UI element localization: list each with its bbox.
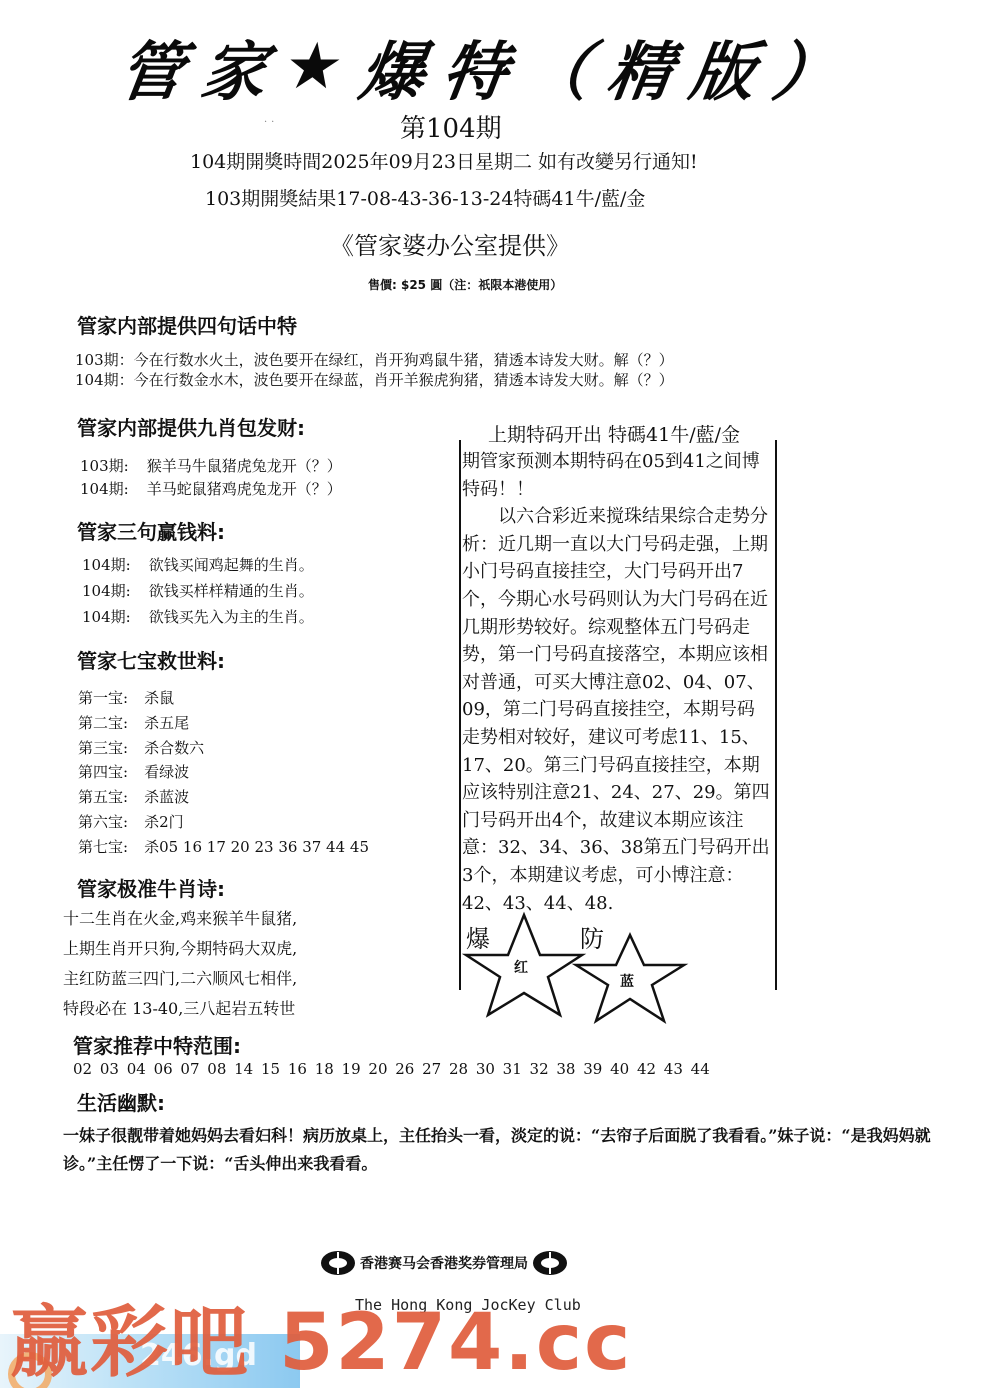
masthead-char: ） (768, 21, 847, 113)
three-lines-list: 104期: 欲钱买闻鸡起舞的生肖。 104期: 欲钱买样样精通的生肖。 104期… (82, 552, 314, 630)
humor-text: 一妹子很靓带着她妈妈去看妇科！病历放桌上，主任抬头一看，淡定的说：“去帘子后面脱… (63, 1122, 943, 1178)
section-title-nine-zodiac: 管家内部提供九肖包发财: (77, 412, 305, 441)
treasure-label: 第六宝: (78, 810, 128, 835)
jockey-emblem-icon (320, 1250, 356, 1276)
period-label: 104期: (82, 604, 131, 630)
period-label: 103期: (80, 455, 129, 478)
range-numbers: 02 03 04 06 07 08 14 15 16 18 19 20 26 2… (73, 1060, 710, 1078)
four-lines-list: 103期：今在行数水火土，波色要开在绿红，肖开狗鸡鼠牛猪，猜透本诗发大财。解（？… (75, 350, 674, 390)
item-text: 欲钱买样样精通的生肖。 (149, 578, 314, 604)
list-item: 104期: 羊马蛇鼠猪鸡虎兔龙开（？） (80, 478, 342, 501)
masthead-char: 特 (437, 21, 516, 113)
treasure-label: 第三宝: (78, 736, 128, 761)
list-item: 104期: 欲钱买先入为主的生肖。 (82, 604, 314, 630)
seven-treasures-list: 第一宝:杀鼠 第二宝:杀五尾 第三宝:杀合数六 第四宝:看绿波 第五宝:杀蓝波 … (78, 686, 369, 860)
treasure-label: 第四宝: (78, 760, 128, 785)
list-item: 103期：今在行数水火土，波色要开在绿红，肖开狗鸡鼠牛猪，猜透本诗发大财。解（？… (75, 350, 674, 370)
price-note: 售價: $25 圓（注：祇限本港使用） (368, 276, 562, 293)
list-item: 104期：今在行数金水木，波色要开在绿蓝，肖开羊猴虎狗猪，猜透本诗发大财。解（？… (75, 370, 674, 390)
section-title-three-lines: 管家三句赢钱料: (77, 516, 225, 545)
treasure-label: 第二宝: (78, 711, 128, 736)
list-item: 第一宝:杀鼠 (78, 686, 369, 711)
jockey-emblem-icon (532, 1250, 568, 1276)
item-text: 杀05 16 17 20 23 36 37 44 45 (144, 835, 369, 860)
analysis-first-line: 上期特码开出 特碼41牛/藍/金 (488, 420, 740, 447)
item-text: 杀2门 (144, 810, 184, 835)
analysis-para-2: 以六合彩近来搅珠结果综合走势分析：近几期一直以大门号码走强，上期小门号码直接挂空… (462, 503, 772, 917)
section-title-four-lines: 管家内部提供四句话中特 (77, 310, 297, 339)
poem-line: 十二生肖在火金,鸡来猴羊牛鼠猪, (63, 904, 297, 934)
analysis-text: 期管家预测本期特码在05到41之间博特码！！ 以六合彩近来搅珠结果综合走势分析：… (462, 448, 772, 917)
period-label: 104期: (82, 578, 131, 604)
masthead-char: 家 (196, 21, 275, 113)
nine-zodiac-list: 103期: 猴羊马牛鼠猪虎兔龙开（？） 104期: 羊马蛇鼠猪鸡虎兔龙开（？） (80, 455, 342, 501)
treasure-label: 第五宝: (78, 785, 128, 810)
section-title-poem: 管家极准牛肖诗: (77, 873, 225, 902)
list-item: 104期: 欲钱买样样精通的生肖。 (82, 578, 314, 604)
jockey-club-logo: 香港赛马会香港奖券管理局 (320, 1250, 568, 1276)
star-icon: ★ (280, 30, 350, 104)
item-text: 欲钱买闻鸡起舞的生肖。 (149, 552, 314, 578)
last-result: 103期開獎結果17-08-43-36-13-24特碼41牛/藍/金 (205, 184, 645, 211)
star-picks: 爆 红 防 蓝 (462, 905, 772, 1025)
poem-list: 十二生肖在火金,鸡来猴羊牛鼠猪, 上期生肖开只狗,今期特码大双虎, 主红防蓝三四… (63, 904, 297, 1024)
treasure-label: 第一宝: (78, 686, 128, 711)
item-text: 杀蓝波 (144, 785, 189, 810)
section-title-seven-treasures: 管家七宝救世料: (77, 645, 225, 674)
item-text: 羊马蛇鼠猪鸡虎兔龙开（？） (147, 478, 342, 501)
list-item: 104期: 欲钱买闻鸡起舞的生肖。 (82, 552, 314, 578)
masthead-char: （ (520, 21, 599, 113)
star-inner-blue: 蓝 (620, 971, 634, 991)
period-label: 104期: (80, 478, 129, 501)
analysis-para-1: 期管家预测本期特码在05到41之间博特码！！ (462, 448, 772, 503)
list-item: 第七宝:杀05 16 17 20 23 36 37 44 45 (78, 835, 369, 860)
scan-dots: ·· (264, 117, 278, 128)
item-text: 欲钱买先入为主的生肖。 (149, 604, 314, 630)
star-label-bao: 爆 (466, 919, 490, 954)
list-item: 第六宝:杀2门 (78, 810, 369, 835)
provider-title: 《管家婆办公室提供》 (330, 226, 570, 261)
issue-number: 第104期 (400, 108, 502, 145)
jockey-club-cn: 香港赛马会香港奖券管理局 (360, 1253, 528, 1273)
item-text: 杀五尾 (144, 711, 189, 736)
item-text: 看绿波 (144, 760, 189, 785)
section-title-range: 管家推荐中特范围: (73, 1030, 241, 1059)
masthead-title: 管 家 ★ 爆 特 （ 精 版 ） (114, 22, 847, 112)
list-item: 103期: 猴羊马牛鼠猪虎兔龙开（？） (80, 455, 342, 478)
list-item: 第三宝:杀合数六 (78, 736, 369, 761)
period-label: 104期: (82, 552, 131, 578)
item-text: 猴羊马牛鼠猪虎兔龙开（？） (147, 455, 342, 478)
star-outline-icon (462, 905, 772, 1025)
star-inner-red: 红 (514, 957, 528, 977)
poem-line: 特段必在 13-40,三八起岩五转世 (63, 994, 297, 1024)
section-title-humor: 生活幽默: (77, 1087, 165, 1116)
watermark-main: 赢彩吧 5274.cc (10, 1280, 632, 1388)
star-label-fang: 防 (580, 919, 604, 954)
treasure-label: 第七宝: (78, 835, 128, 860)
masthead-char: 管 (114, 21, 193, 113)
list-item: 第五宝:杀蓝波 (78, 785, 369, 810)
masthead-char: 爆 (355, 21, 434, 113)
draw-time: 104期開獎時間2025年09月23日星期二 如有改變另行通知! (190, 147, 698, 174)
item-text: 杀合数六 (144, 736, 204, 761)
list-item: 第四宝:看绿波 (78, 760, 369, 785)
poem-line: 主红防蓝三四门,二六顺风七相伴, (63, 964, 297, 994)
masthead-char: 版 (685, 21, 764, 113)
poem-line: 上期生肖开只狗,今期特码大双虎, (63, 934, 297, 964)
list-item: 第二宝:杀五尾 (78, 711, 369, 736)
item-text: 杀鼠 (144, 686, 174, 711)
masthead-char: 精 (602, 21, 681, 113)
